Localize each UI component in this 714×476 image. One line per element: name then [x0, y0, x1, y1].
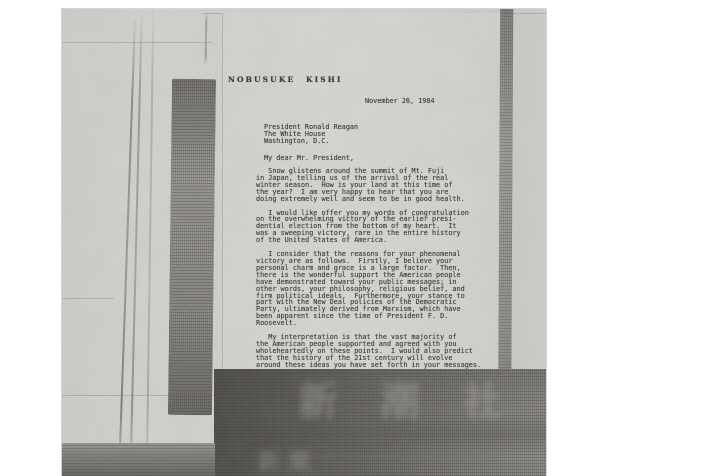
page-edge-line — [62, 298, 114, 299]
letter-body: Snow glistens around the summit of Mt. F… — [256, 168, 498, 376]
salutation: My dear Mr. President, — [264, 155, 354, 162]
scanned-letter-page: NOBUSUKE KISHI November 26, 1984 Preside… — [0, 0, 714, 476]
page-edge-crease — [118, 19, 135, 475]
letter-paragraph: I would like offer you my words of congr… — [256, 210, 498, 245]
letter-paragraph: I consider that the reasons for your phe… — [256, 251, 498, 327]
photocopy-scan: NOBUSUKE KISHI November 26, 1984 Preside… — [62, 9, 546, 476]
page-stack-texture-band — [168, 79, 216, 416]
letterhead: NOBUSUKE KISHI — [228, 75, 343, 84]
page-edge-crease — [146, 9, 154, 476]
scan-bottom-smudge-band — [214, 369, 546, 476]
date-line: November 26, 1984 — [365, 98, 435, 105]
page-edge-line — [62, 42, 212, 43]
scan-bottom-smudge-band-left — [62, 443, 215, 476]
recipient-address: President Ronald Reagan The White House … — [264, 124, 358, 145]
letter-paragraph: Snow glistens around the summit of Mt. F… — [256, 168, 498, 203]
letter-paragraph: My interpretation is that the vast major… — [256, 334, 498, 369]
page-edge-crease — [205, 13, 208, 63]
